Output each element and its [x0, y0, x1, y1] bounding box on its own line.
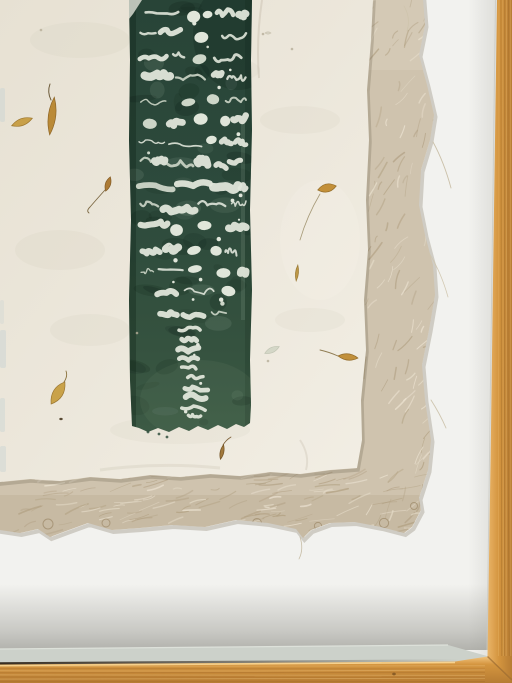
deckle-edge-mark — [0, 446, 6, 472]
wood-grain-line — [0, 672, 485, 673]
paper-tone-blotch — [275, 308, 345, 332]
ink-speck — [158, 433, 161, 436]
paper-speck — [291, 48, 294, 51]
deckle-edge-mark — [0, 300, 4, 324]
wood-grain-line — [503, 0, 504, 656]
wood-grain-line — [0, 677, 485, 678]
mat-bottom-shadow — [0, 584, 512, 650]
paper-tone-blotch — [50, 314, 130, 346]
deckle-edge-mark — [0, 330, 6, 368]
green-light-streak — [241, 120, 245, 320]
petal-inclusion — [59, 418, 62, 420]
paper-speck — [262, 33, 265, 36]
deckle-edge-mark — [0, 398, 5, 432]
framed-artwork-image — [0, 0, 512, 683]
paper-tone-blotch — [260, 106, 340, 134]
wood-grain-line — [499, 0, 500, 656]
paper-speck — [136, 332, 139, 335]
petal-inclusion — [265, 32, 271, 34]
paper-tone-blotch — [15, 230, 105, 270]
ink-speck — [147, 431, 150, 434]
wood-grain-line — [0, 675, 485, 676]
paper-speck — [40, 29, 43, 32]
paper-tone-blotch — [30, 22, 130, 58]
paper-highlight — [280, 180, 360, 300]
deckle-edge-mark — [0, 88, 5, 122]
wood-knot — [392, 673, 396, 676]
paper-speck — [267, 360, 270, 363]
photo-of-framed-artwork — [0, 0, 512, 683]
ink-speck — [166, 436, 169, 439]
